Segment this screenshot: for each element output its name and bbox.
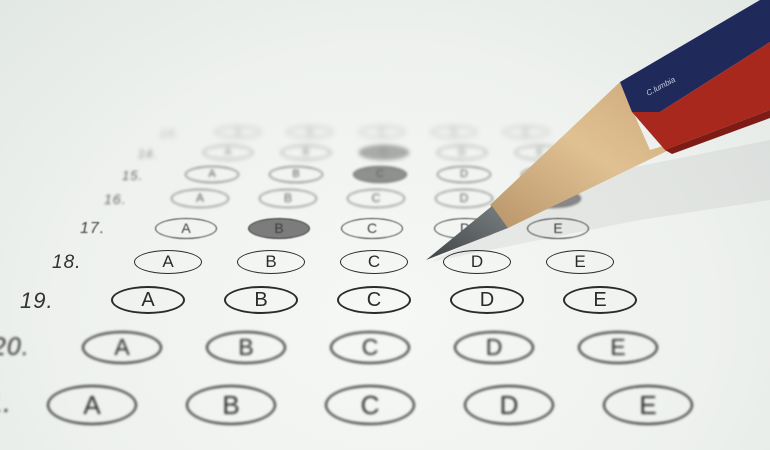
answer-bubble-a[interactable]: A [171,189,229,208]
answer-bubble-b[interactable]: B [259,189,317,208]
question-number: 20. [0,333,30,362]
answer-bubble-b[interactable]: B [248,218,310,239]
answer-bubble-e[interactable]: E [523,189,581,208]
question-number: 19. [20,288,54,314]
answer-bubble-b[interactable]: B [287,126,333,138]
answer-bubble-e[interactable]: E [515,145,565,160]
answer-bubble-a[interactable]: A [185,166,239,183]
answer-bubble-d[interactable]: D [431,126,477,138]
question-number: 21. [0,387,12,419]
answer-bubble-c[interactable]: C [325,385,415,425]
answer-bubble-d[interactable]: D [434,218,496,239]
answer-bubble-d[interactable]: D [435,189,493,208]
answer-bubble-c[interactable]: C [330,331,410,364]
answer-bubble-c[interactable]: C [347,189,405,208]
answer-bubble-d[interactable]: D [437,166,491,183]
answer-bubble-e[interactable]: E [546,250,614,274]
answer-bubble-d[interactable]: D [443,250,511,274]
answer-bubble-e[interactable]: E [578,331,658,364]
answer-bubble-a[interactable]: A [203,145,253,160]
answer-bubble-c[interactable]: C [359,126,405,138]
answer-bubble-a[interactable]: A [155,218,217,239]
answer-bubble-d[interactable]: D [450,286,524,314]
answer-bubble-e[interactable]: E [563,286,637,314]
answer-bubble-c[interactable]: C [353,166,407,183]
answer-bubble-c[interactable]: C [341,218,403,239]
answer-bubble-d[interactable]: D [437,145,487,160]
answer-bubble-c[interactable]: C [337,286,411,314]
answer-sheet-photo: 13.ABCDE14.ABCDE15.ABCDE16.ABCDE17.ABCDE… [0,0,770,450]
answer-bubble-e[interactable]: E [527,218,589,239]
answer-bubble-e[interactable]: E [503,126,549,138]
answer-bubble-a[interactable]: A [82,331,162,364]
question-number: 16. [104,191,126,207]
question-number: 18. [52,252,81,274]
answer-bubble-a[interactable]: A [111,286,185,314]
answer-bubble-a[interactable]: A [47,385,137,425]
question-number: 14. [138,147,158,161]
answer-bubble-b[interactable]: B [281,145,331,160]
answer-bubble-e[interactable]: E [521,166,575,183]
answer-bubble-b[interactable]: B [237,250,305,274]
answer-bubble-a[interactable]: A [134,250,202,274]
answer-bubble-d[interactable]: D [464,385,554,425]
answer-bubble-b[interactable]: B [269,166,323,183]
answer-bubble-e[interactable]: E [603,385,693,425]
question-number: 17. [80,220,105,238]
answer-bubble-b[interactable]: B [224,286,298,314]
answer-bubble-b[interactable]: B [206,331,286,364]
answer-bubble-c[interactable]: C [340,250,408,274]
answer-bubble-d[interactable]: D [454,331,534,364]
question-number: 13. [160,128,178,140]
answer-bubble-c[interactable]: C [359,145,409,160]
question-number: 15. [122,168,143,183]
answer-bubble-a[interactable]: A [215,126,261,138]
answer-bubble-b[interactable]: B [186,385,276,425]
